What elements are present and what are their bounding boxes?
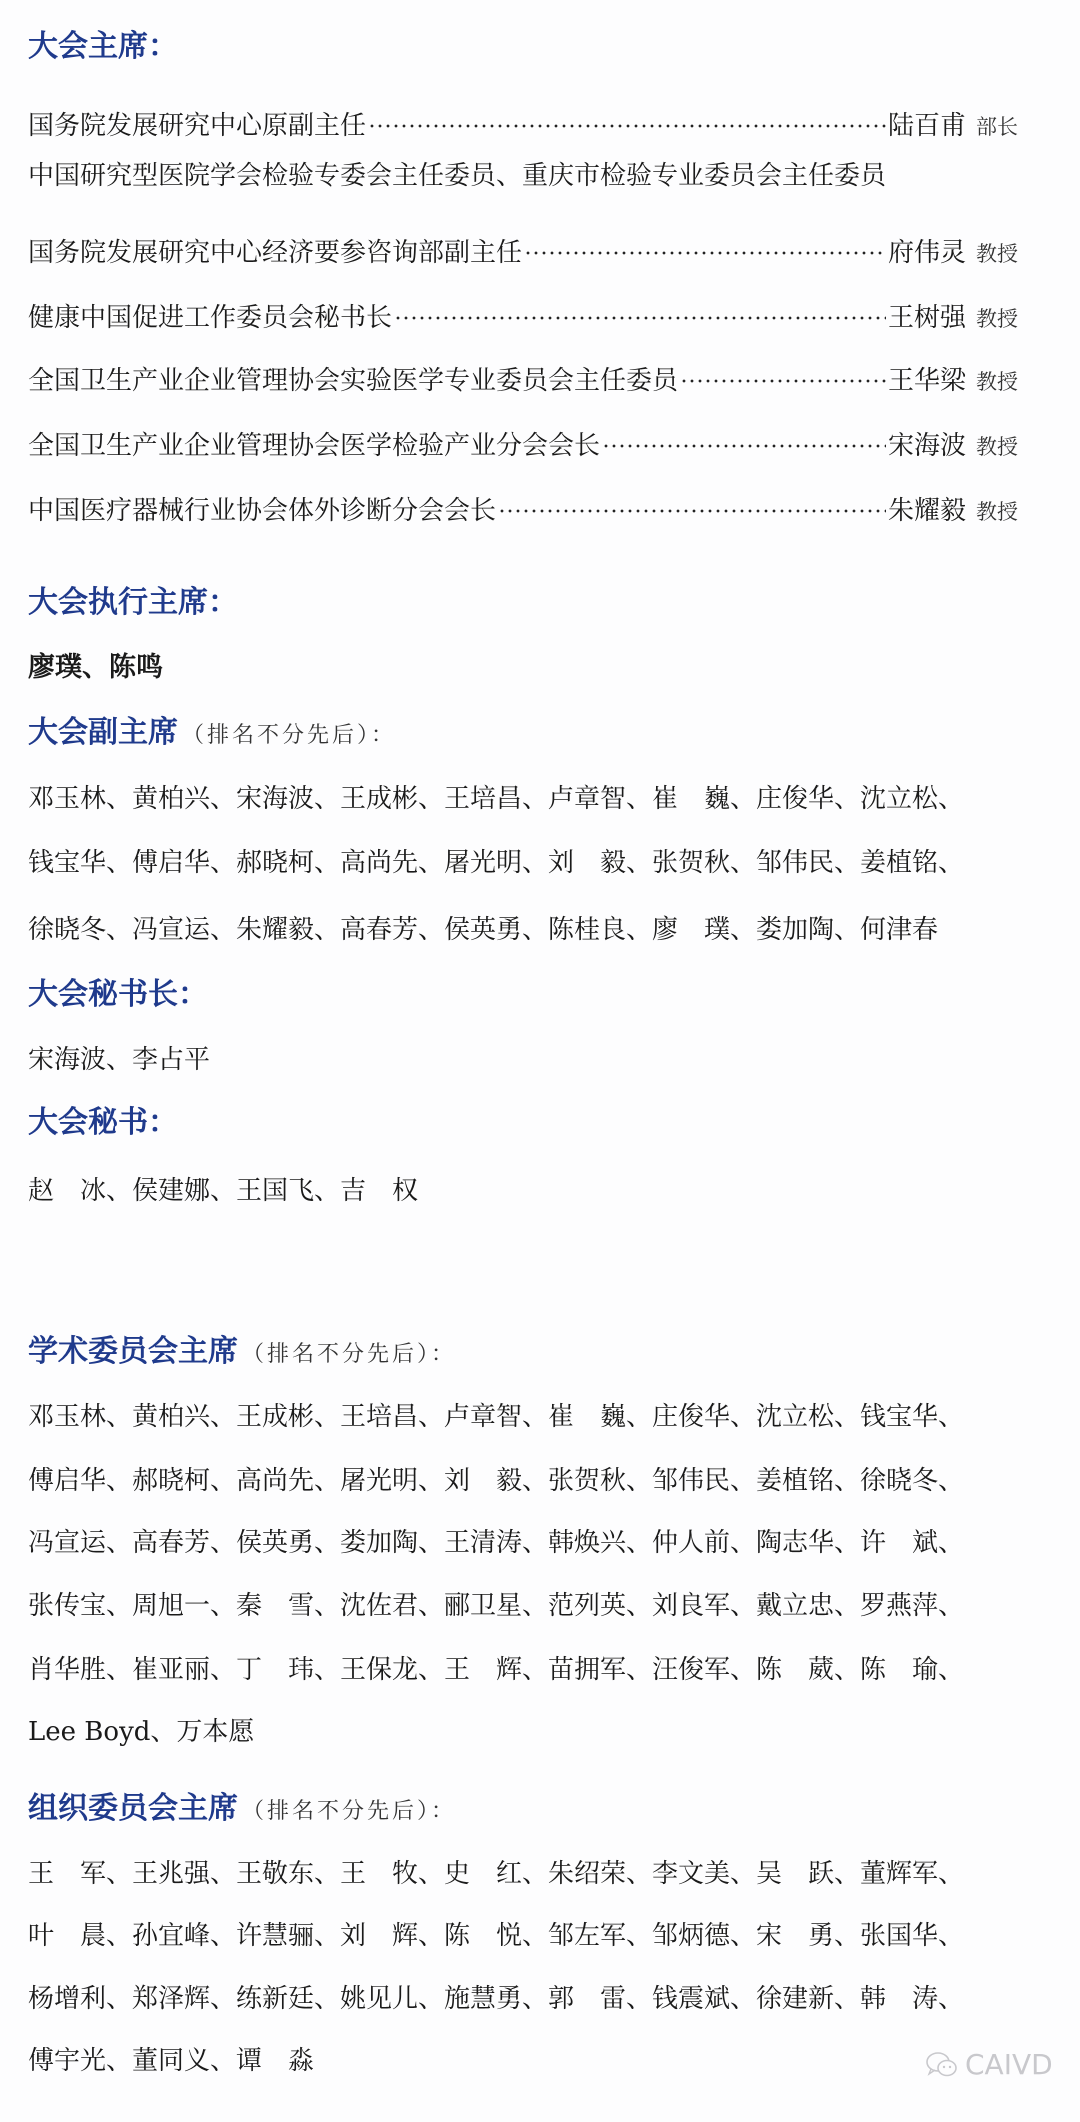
dot-leader	[602, 414, 886, 454]
heading-note: （排名不分先后）：	[242, 1799, 456, 1824]
position-title: 全国卫生产业企业管理协会医学检验产业分会会长	[28, 426, 600, 466]
chairman-row: 中国研究型医院学会检验专委会主任委员、重庆市检验专业委员会主任委员	[28, 156, 1018, 196]
heading-text: 大会副主席	[28, 715, 178, 750]
heading-text: 学术委员会主席	[28, 1334, 238, 1369]
chairman-row: 国务院发展研究中心原副主任 陆百甫 部长	[28, 94, 1018, 134]
watermark: CAIVD	[925, 2048, 1053, 2081]
heading-chairman: 大会主席：	[28, 27, 178, 67]
chairman-row: 全国卫生产业企业管理协会医学检验产业分会会长 宋海波 教授	[28, 414, 1018, 454]
dot-leader	[524, 221, 886, 261]
person-rank: 教授	[976, 299, 1018, 339]
academic-committee-line: 傅启华、郝晓柯、高尚先、屠光明、刘 毅、张贺秋、邹伟民、姜植铭、徐晓冬、	[28, 1461, 1058, 1501]
heading-vice-chairman: 大会副主席（排名不分先后）：	[28, 713, 396, 756]
dot-leader	[498, 479, 886, 519]
person-rank: 教授	[976, 234, 1018, 274]
academic-committee-line: 肖华胜、崔亚丽、丁 玮、王保龙、王 辉、苗拥军、汪俊军、陈 葳、陈 瑜、	[28, 1650, 1058, 1690]
dot-leader	[368, 94, 886, 134]
vice-chairman-line: 徐晓冬、冯宣运、朱耀毅、高春芳、侯英勇、陈桂良、廖 璞、娄加陶、何津春	[28, 910, 1058, 950]
position-title: 国务院发展研究中心经济要参咨询部副主任	[28, 233, 522, 273]
dot-leader	[680, 349, 886, 389]
academic-committee-line: Lee Boyd、万本愿	[28, 1712, 1058, 1752]
person-name: 陆百甫	[888, 106, 966, 146]
heading-secretary: 大会秘书：	[28, 1103, 178, 1143]
dot-leader	[394, 286, 886, 326]
academic-committee-line: 邓玉林、黄柏兴、王成彬、王培昌、卢章智、崔 巍、庄俊华、沈立松、钱宝华、	[28, 1397, 1058, 1437]
organizing-committee-line: 傅宇光、董同义、谭 淼	[28, 2041, 1058, 2081]
position-title: 全国卫生产业企业管理协会实验医学专业委员会主任委员	[28, 361, 678, 401]
wechat-icon	[925, 2050, 959, 2080]
person-rank: 教授	[976, 362, 1018, 402]
person-name: 朱耀毅	[888, 491, 966, 531]
organizing-committee-line: 杨增利、郑泽辉、练新廷、姚见儿、施慧勇、郭 雷、钱震斌、徐建新、韩 涛、	[28, 1979, 1058, 2019]
position-title: 中国医疗器械行业协会体外诊断分会会长	[28, 491, 496, 531]
heading-note: （排名不分先后）：	[182, 723, 396, 748]
heading-academic-committee: 学术委员会主席（排名不分先后）：	[28, 1332, 456, 1375]
heading-secretary-general: 大会秘书长：	[28, 975, 208, 1015]
chairman-row: 健康中国促进工作委员会秘书长 王树强 教授	[28, 286, 1018, 326]
heading-note: （排名不分先后）：	[242, 1342, 456, 1367]
secretary-names: 赵 冰、侯建娜、王国飞、吉 权	[28, 1171, 1058, 1211]
heading-text: 组织委员会主席	[28, 1791, 238, 1826]
executive-chairman-names: 廖璞、陈鸣	[28, 648, 1058, 688]
person-name: 王华梁	[888, 361, 966, 401]
heading-executive-chairman: 大会执行主席：	[28, 583, 238, 623]
organizing-committee-line: 叶 晨、孙宜峰、许慧骊、刘 辉、陈 悦、邹左军、邹炳德、宋 勇、张国华、	[28, 1916, 1058, 1956]
position-title: 国务院发展研究中心原副主任	[28, 106, 366, 146]
chairman-row: 中国医疗器械行业协会体外诊断分会会长 朱耀毅 教授	[28, 479, 1018, 519]
person-rank: 教授	[976, 492, 1018, 532]
person-name: 宋海波	[888, 426, 966, 466]
person-rank: 教授	[976, 427, 1018, 467]
person-rank: 部长	[976, 107, 1018, 147]
organizing-committee-line: 王 军、王兆强、王敬东、王 牧、史 红、朱绍荣、李文美、吴 跃、董辉军、	[28, 1854, 1058, 1894]
vice-chairman-line: 钱宝华、傅启华、郝晓柯、高尚先、屠光明、刘 毅、张贺秋、邹伟民、姜植铭、	[28, 843, 1058, 883]
position-title: 健康中国促进工作委员会秘书长	[28, 298, 392, 338]
person-name: 府伟灵	[888, 233, 966, 273]
watermark-text: CAIVD	[965, 2048, 1053, 2081]
academic-committee-line: 张传宝、周旭一、秦 雪、沈佐君、郦卫星、范列英、刘良军、戴立忠、罗燕萍、	[28, 1586, 1058, 1626]
position-title: 中国研究型医院学会检验专委会主任委员、重庆市检验专业委员会主任委员	[28, 156, 886, 196]
academic-committee-line: 冯宣运、高春芳、侯英勇、娄加陶、王清涛、韩焕兴、仲人前、陶志华、许 斌、	[28, 1523, 1058, 1563]
vice-chairman-line: 邓玉林、黄柏兴、宋海波、王成彬、王培昌、卢章智、崔 巍、庄俊华、沈立松、	[28, 779, 1058, 819]
chairman-row: 全国卫生产业企业管理协会实验医学专业委员会主任委员 王华梁 教授	[28, 349, 1018, 389]
person-name: 王树强	[888, 298, 966, 338]
heading-organizing-committee: 组织委员会主席（排名不分先后）：	[28, 1789, 456, 1832]
chairman-row: 国务院发展研究中心经济要参咨询部副主任 府伟灵 教授	[28, 221, 1018, 261]
secretary-general-names: 宋海波、李占平	[28, 1040, 1058, 1080]
